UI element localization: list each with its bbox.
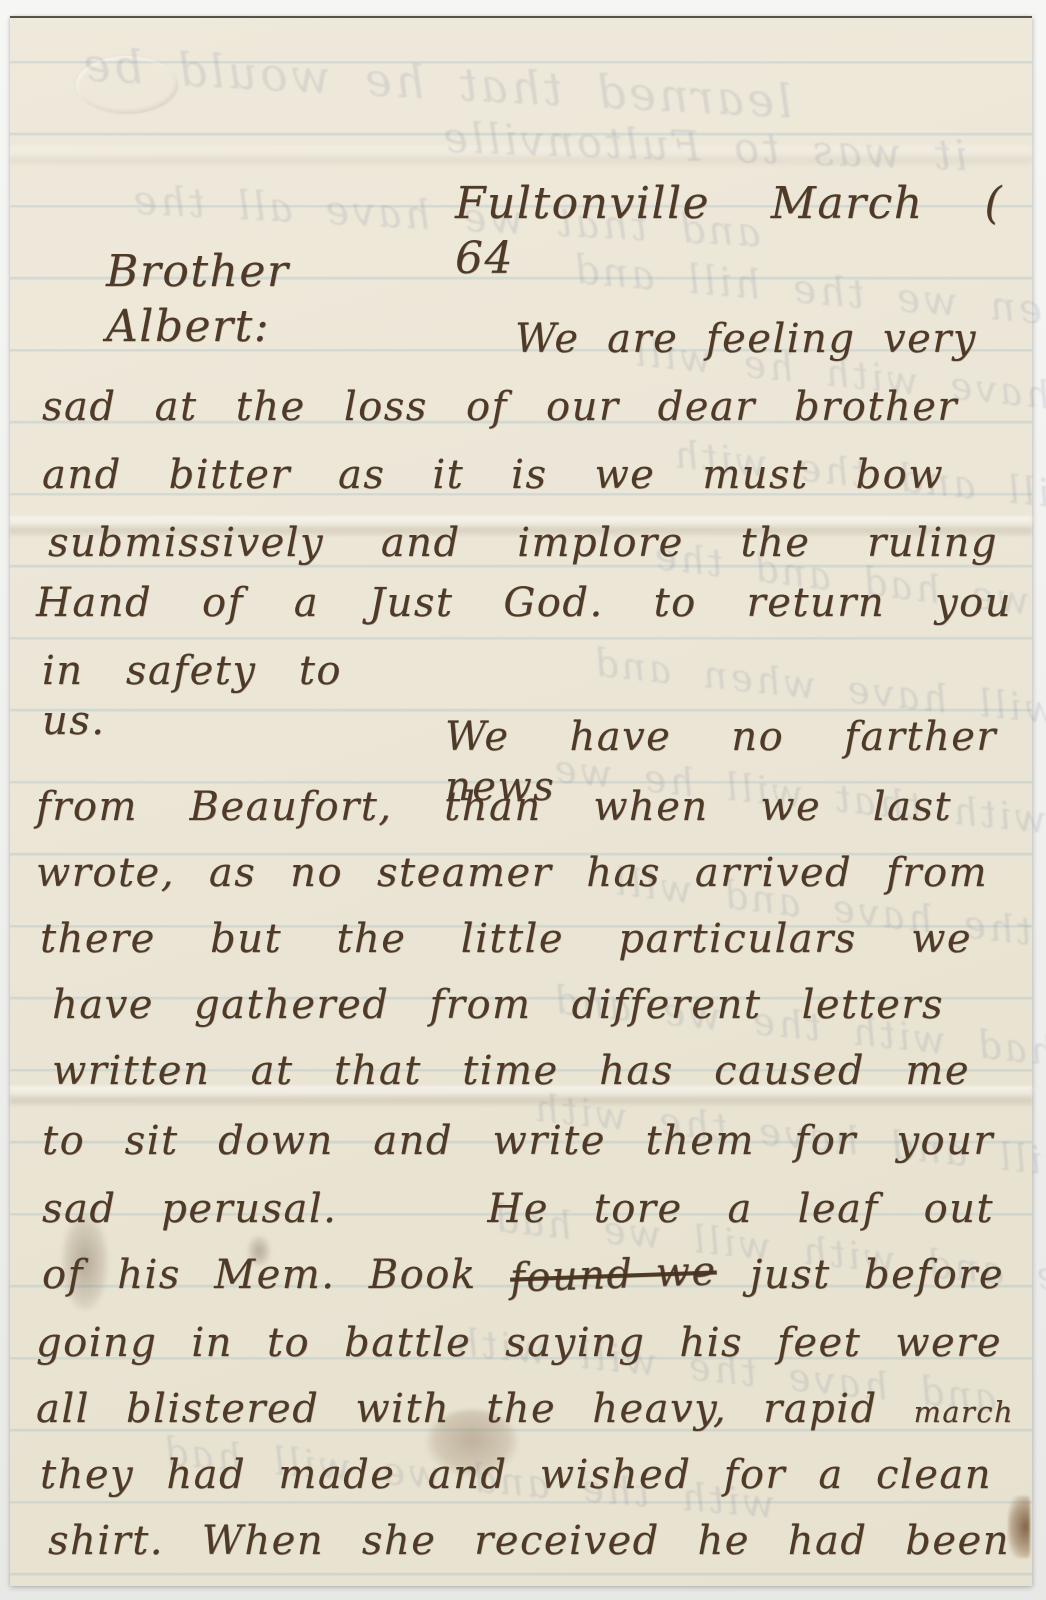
body-line: they had made and wished for a clean <box>40 1450 992 1500</box>
ghost-bleedthrough-text: it was to Fultonville <box>439 113 968 180</box>
embossed-stamp <box>76 56 178 114</box>
body-line: there but the little particulars we <box>40 914 972 964</box>
body-line: submissively and implore the ruling <box>48 518 998 568</box>
body-line: and bitter as it is we must bow <box>42 450 944 500</box>
body-line: shirt. When she received he had been <box>48 1516 1010 1566</box>
letter-scan: learned that he would beit was to Fulton… <box>0 0 1046 1600</box>
body-line: We are feeling very <box>515 314 977 364</box>
heading-place-date: Fultonville March ( 64 <box>455 176 1003 286</box>
body-line: to sit down and write them for your <box>42 1116 994 1166</box>
text-segment: sad perusal. <box>42 1186 337 1232</box>
body-line: Hand of a Just God. to return you <box>36 578 1012 628</box>
body-line: all blistered with the heavy, rapid marc… <box>36 1384 1014 1434</box>
edge-mark-stain <box>1008 1496 1030 1558</box>
text-segment: march <box>914 1395 1014 1429</box>
body-line: wrote, as no steamer has arrived from <box>36 848 988 898</box>
salutation: Brother Albert: <box>106 244 464 354</box>
fold-crease <box>10 146 1032 166</box>
text-segment: all blistered with the heavy, rapid <box>36 1386 914 1432</box>
text-segment: He tore a leaf out <box>487 1186 994 1232</box>
body-line: from Beaufort, than when we last <box>36 782 952 832</box>
body-line: of his Mem. Book found we just before <box>42 1250 1004 1300</box>
text-segment: just before <box>717 1252 1004 1298</box>
letter-page: learned that he would beit was to Fulton… <box>10 16 1032 1586</box>
body-line: going in to battle saying his feet were <box>36 1318 1002 1368</box>
body-line: have gathered from different letters <box>52 980 944 1030</box>
ghost-bleedthrough-text: learned that he would be <box>79 37 793 128</box>
struck-out-words: found we <box>509 1246 717 1303</box>
text-segment: of his Mem. Book <box>42 1252 510 1298</box>
body-line: sad at the loss of our dear brother <box>42 382 958 432</box>
body-line: in safety to us. <box>42 646 342 746</box>
body-line: written at that time has caused me <box>52 1046 970 1096</box>
body-line: sad perusal.He tore a leaf out <box>42 1184 994 1234</box>
